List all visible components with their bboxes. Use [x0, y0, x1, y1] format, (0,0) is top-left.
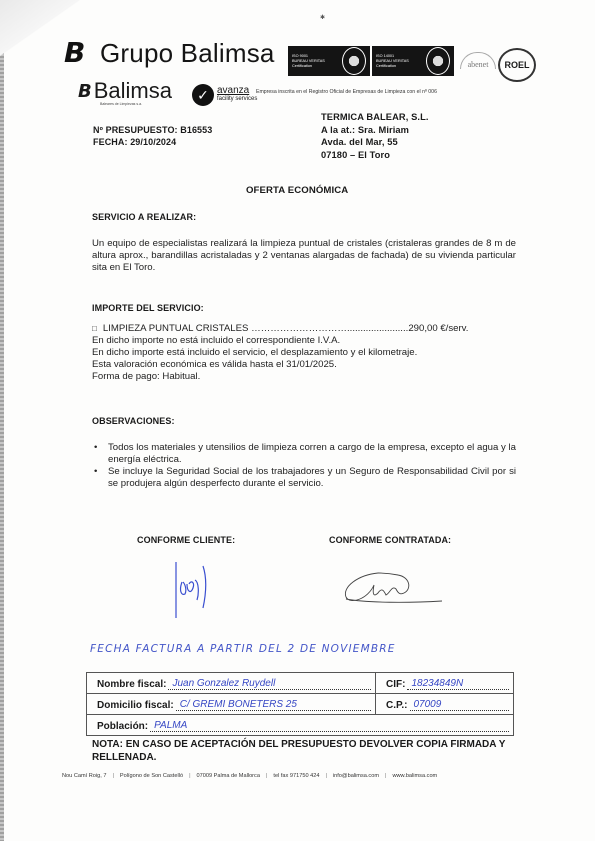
balimsa-b-icon: B — [78, 81, 92, 102]
observations-heading: OBSERVACIONES: — [92, 416, 175, 426]
checkmark-icon: ✓ — [192, 84, 214, 106]
cert-iso9001: ISO 9001 BUREAU VERITAS Certification — [288, 46, 370, 76]
footer-separator: | — [325, 773, 326, 779]
acceptance-note: NOTA: EN CASO DE ACEPTACIÓN DEL PRESUPUE… — [92, 738, 522, 764]
footer: Nou Camí Roig, 7 | Polígono de Son Caste… — [62, 773, 437, 779]
brand-tagline: Baleares de Limpiezas s.a. — [100, 102, 172, 106]
checkbox-icon: □ — [92, 324, 97, 333]
fiscal-address-field[interactable]: C/ GREMI BONETERS 25 — [176, 699, 371, 711]
line-item-name: LIMPIEZA PUNTUAL CRISTALES — [103, 323, 249, 334]
pricing-note: En dicho importe está incluido el servic… — [92, 347, 522, 359]
partner-name: avanza — [217, 86, 257, 95]
footer-separator: | — [385, 773, 386, 779]
cif-label: CIF: — [386, 679, 405, 690]
budget-number: Nº PRESUPUESTO: B16553 — [93, 124, 212, 136]
fiscal-name-field[interactable]: Juan Gonzalez Ruydell — [168, 678, 371, 690]
contractor-signature-label: CONFORME CONTRATADA: — [329, 535, 451, 545]
pricing-heading: IMPORTE DEL SERVICIO: — [92, 303, 204, 313]
brand-name: Balimsa — [94, 80, 172, 102]
pricing-block: □LIMPIEZA PUNTUAL CRISTALES …………………………..… — [92, 323, 522, 383]
cert-label: Certification — [292, 64, 336, 69]
fiscal-name-label: Nombre fiscal: — [97, 679, 166, 690]
footer-phone: tel fax 971750 424 — [273, 773, 319, 779]
footer-separator: | — [189, 773, 190, 779]
recipient-company: TERMICA BALEAR, S.L. — [321, 111, 429, 124]
abenet-name: abenet — [460, 60, 496, 69]
client-signature-label: CONFORME CLIENTE: — [137, 535, 235, 545]
balimsa-logo: B Balimsa Baleares de Limpiezas s.a. — [78, 80, 172, 106]
roel-logo: ROEL — [498, 48, 536, 82]
pricing-note: En dicho importe no está incluido el cor… — [92, 335, 522, 347]
service-description: Un equipo de especialistas realizará la … — [92, 238, 516, 274]
pricing-note: Forma de pago: Habitual. — [92, 371, 522, 383]
sub-logos: B Balimsa Baleares de Limpiezas s.a. ✓ a… — [78, 80, 257, 106]
town-field[interactable]: PALMA — [150, 720, 509, 732]
footer-city: 07009 Palma de Mallorca — [197, 773, 260, 779]
footer-separator: | — [266, 773, 267, 779]
observation-item: Se incluye la Seguridad Social de los tr… — [108, 466, 516, 490]
recipient-address: Avda. del Mar, 55 — [321, 136, 429, 149]
document-title: OFERTA ECONÓMICA — [246, 185, 348, 196]
line-item-price: 290,00 €/serv. — [408, 323, 468, 334]
cif-field[interactable]: 18234849N — [407, 678, 509, 690]
avanza-logo: ✓ avanza facility services — [192, 84, 257, 106]
registry-text: Empresa inscrita en el Registro Oficial … — [256, 89, 437, 95]
footer-separator: | — [112, 773, 113, 779]
footer-email[interactable]: info@balimsa.com — [333, 773, 379, 779]
balimsa-b-icon: B — [62, 41, 92, 67]
line-item-leader: …………………………....................... — [251, 323, 408, 334]
bureau-veritas-seal-icon — [426, 47, 450, 75]
client-signature — [173, 560, 209, 620]
recipient-attention: A la at.: Sra. Miriam — [321, 124, 429, 137]
service-heading: SERVICIO A REALIZAR: — [92, 212, 196, 222]
client-data-form: Nombre fiscal: Juan Gonzalez Ruydell CIF… — [86, 672, 514, 736]
abenet-logo: abenet — [460, 52, 496, 69]
footer-area: Polígono de Son Castelló — [120, 773, 183, 779]
scan-mark: ✱ — [320, 14, 325, 21]
group-name: Grupo Balimsa — [100, 38, 275, 69]
pricing-note: Esta valoración económica es válida hast… — [92, 359, 522, 371]
observations-list: Todos los materiales y utensilios de lim… — [92, 442, 516, 490]
recipient-block: TERMICA BALEAR, S.L. A la at.: Sra. Miri… — [321, 111, 429, 161]
bureau-veritas-seal-icon — [342, 47, 366, 75]
cert-iso14001: ISO 14001 BUREAU VERITAS Certification — [372, 46, 454, 76]
footer-address: Nou Camí Roig, 7 — [62, 773, 106, 779]
recipient-city: 07180 – El Toro — [321, 149, 429, 162]
partner-sub: facility services — [217, 95, 257, 104]
cp-field[interactable]: 07009 — [410, 699, 510, 711]
budget-info: Nº PRESUPUESTO: B16553 FECHA: 29/10/2024 — [93, 124, 212, 148]
contractor-signature — [338, 565, 448, 610]
fiscal-address-label: Domicilio fiscal: — [97, 700, 174, 711]
budget-date: FECHA: 29/10/2024 — [93, 136, 212, 148]
group-logo: B Grupo Balimsa — [62, 38, 275, 69]
town-label: Población: — [97, 721, 148, 732]
observation-item: Todos los materiales y utensilios de lim… — [108, 442, 516, 466]
handwritten-note: FECHA FACTURA A PARTIR DEL 2 DE NOVIEMBR… — [90, 643, 396, 655]
line-item: □LIMPIEZA PUNTUAL CRISTALES …………………………..… — [92, 323, 522, 335]
footer-website[interactable]: www.balimsa.com — [392, 773, 437, 779]
cert-label: Certification — [376, 64, 420, 69]
scan-edge — [0, 0, 4, 841]
cp-label: C.P.: — [386, 700, 408, 711]
